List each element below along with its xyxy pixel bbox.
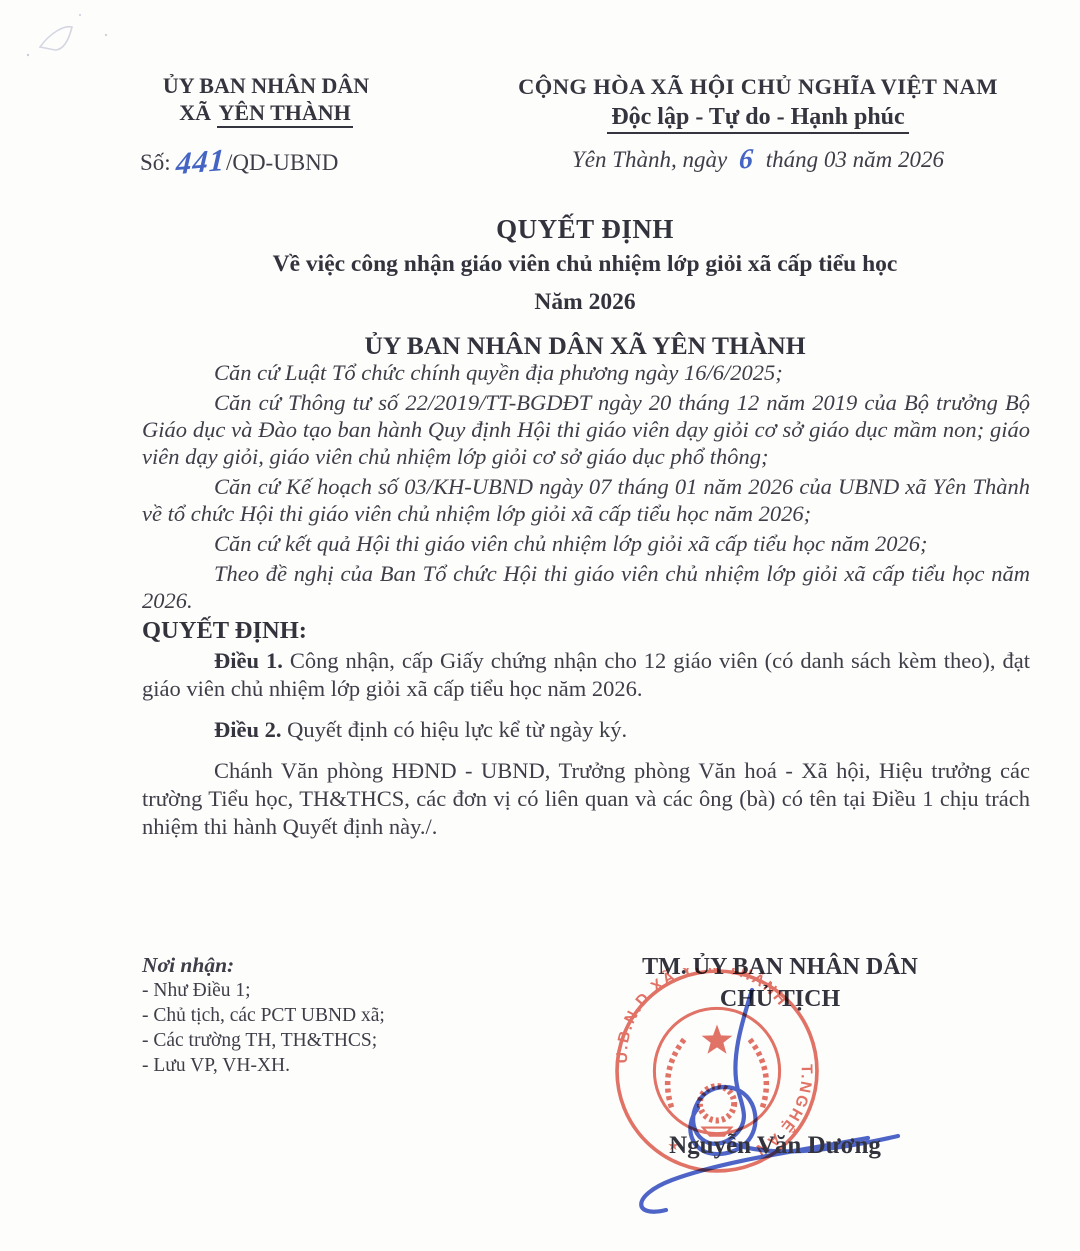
preamble-citation: Căn cứ Thông tư số 22/2019/TT-BGDĐT ngày… — [142, 389, 1030, 470]
recipient-item: - Các trường TH, TH&THCS; — [142, 1028, 472, 1053]
date-line: Yên Thành, ngày 6 tháng 03 năm 2026 — [486, 145, 1030, 173]
recipients-block: Nơi nhận: - Như Điều 1; - Chủ tịch, các … — [142, 952, 472, 1078]
national-title: CỘNG HÒA XÃ HỘI CHỦ NGHĨA VIỆT NAM — [486, 74, 1030, 100]
preamble-citation: Căn cứ Kế hoạch số 03/KH-UBND ngày 07 th… — [142, 473, 1030, 527]
doc-number-handwritten: 441 — [176, 144, 227, 180]
deciding-authority: ỦY BAN NHÂN DÂN XÃ YÊN THÀNH — [140, 331, 1030, 361]
article-1-label: Điều 1. — [214, 648, 283, 673]
signer-name: Nguyễn Văn Dương — [610, 1132, 940, 1160]
doc-subject: Về việc công nhận giáo viên chủ nhiệm lớ… — [140, 249, 1030, 279]
pen-smudge-mark — [10, 5, 140, 75]
article-2-text: Quyết định có hiệu lực kể từ ngày ký. — [287, 717, 627, 742]
issuing-authority-line2: XÃ YÊN THÀNH — [128, 99, 404, 127]
doc-number-suffix: /QD-UBND — [226, 150, 338, 175]
article-2-label: Điều 2. — [214, 717, 282, 742]
document-title-block: QUYẾT ĐỊNH Về việc công nhận giáo viên c… — [140, 214, 1030, 361]
recipient-item: - Như Điều 1; — [142, 978, 472, 1003]
handwritten-signature — [600, 982, 940, 1232]
date-day-handwritten: 6 — [738, 145, 754, 175]
decision-heading: QUYẾT ĐỊNH: — [142, 617, 1030, 644]
commune-name: YÊN THÀNH — [217, 100, 353, 128]
date-prefix: Yên Thành, ngày — [572, 147, 727, 172]
implementation-clause: Chánh Văn phòng HĐND - UBND, Trưởng phòn… — [142, 757, 1030, 841]
issuing-authority-block: ỦY BAN NHÂN DÂN XÃ YÊN THÀNH — [128, 72, 404, 127]
commune-prefix: XÃ — [179, 100, 211, 125]
article-1: Điều 1. Công nhận, cấp Giấy chứng nhận c… — [142, 647, 1030, 703]
scanned-decision-document: ỦY BAN NHÂN DÂN XÃ YÊN THÀNH Số: 441/QD-… — [0, 0, 1080, 1251]
doc-number-label: Số: — [140, 150, 171, 175]
recipient-item: - Lưu VP, VH-XH. — [142, 1053, 472, 1078]
national-header-block: CỘNG HÒA XÃ HỘI CHỦ NGHĨA VIỆT NAM Độc l… — [486, 74, 1030, 173]
recipients-label: Nơi nhận: — [142, 952, 472, 978]
preamble-citation: Căn cứ Luật Tổ chức chính quyền địa phươ… — [142, 359, 1030, 386]
article-2: Điều 2. Quyết định có hiệu lực kể từ ngà… — [142, 716, 1030, 744]
preamble-citation: Theo đề nghị của Ban Tổ chức Hội thi giá… — [142, 560, 1030, 614]
preamble-citation: Căn cứ kết quả Hội thi giáo viên chủ nhi… — [142, 530, 1030, 557]
document-number-line: Số: 441/QD-UBND — [140, 144, 338, 176]
doc-type-heading: QUYẾT ĐỊNH — [140, 214, 1030, 244]
recipient-item: - Chủ tịch, các PCT UBND xã; — [142, 1003, 472, 1028]
date-suffix: tháng 03 năm 2026 — [766, 147, 944, 172]
national-motto: Độc lập - Tự do - Hạnh phúc — [486, 102, 1030, 132]
doc-year: Năm 2026 — [140, 288, 1030, 316]
issuing-authority-line1: ỦY BAN NHÂN DÂN — [128, 72, 404, 99]
document-body: Căn cứ Luật Tổ chức chính quyền địa phươ… — [142, 359, 1030, 854]
